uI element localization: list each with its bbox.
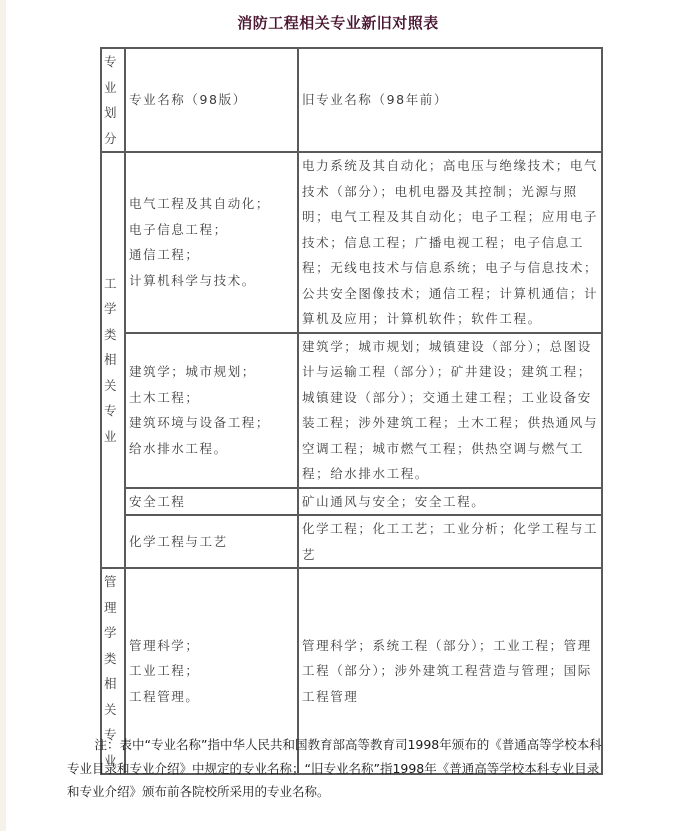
new-majors-cell: 建筑学；城市规划； 土木工程； 建筑环境与设备工程； 给水排水工程。 xyxy=(125,333,298,488)
category-char: 专 xyxy=(104,398,124,424)
header-old-name: 旧专业名称（98年前） xyxy=(298,48,602,152)
new-major: 电子信息工程； xyxy=(129,217,295,243)
table-row-electrical: 工 学 类 相 关 专 业 电气工程及其自动化； 电子信息工程； 通信工程； 计… xyxy=(101,152,602,333)
table-row-chemical: 化学工程与工艺 化学工程；化工工艺；工业分析；化学工程与工艺 xyxy=(101,515,602,568)
category-char: 关 xyxy=(104,697,124,723)
category-char: 学 xyxy=(104,620,124,646)
new-majors-cell: 电气工程及其自动化； 电子信息工程； 通信工程； 计算机科学与技术。 xyxy=(125,152,298,333)
new-major: 计算机科学与技术。 xyxy=(129,268,295,294)
category-engineering-cell: 工 学 类 相 关 专 业 xyxy=(101,152,125,568)
footnote: 注：表中“专业名称”指中华人民共和国教育部高等教育司1998年颁布的《普通高等学… xyxy=(27,733,607,804)
header-new-name: 专业名称（98版） xyxy=(125,48,298,152)
new-major: 工业工程； xyxy=(129,658,295,684)
new-major: 建筑学；城市规划； xyxy=(129,359,295,385)
major-comparison-table: 专 业 划 分 专业名称（98版） 旧专业名称（98年前） 工 学 类 相 关 … xyxy=(100,47,603,775)
new-major: 土木工程； xyxy=(129,385,295,411)
category-char: 类 xyxy=(104,646,124,672)
new-majors-cell: 安全工程 xyxy=(125,488,298,516)
category-char: 业 xyxy=(104,424,124,450)
header-category-char: 划 xyxy=(104,100,124,126)
category-char: 相 xyxy=(104,347,124,373)
page-title: 消防工程相关专业新旧对照表 xyxy=(0,12,676,33)
category-char: 学 xyxy=(104,296,124,322)
old-majors-cell: 化学工程；化工工艺；工业分析；化学工程与工艺 xyxy=(298,515,602,568)
category-char: 理 xyxy=(104,595,124,621)
header-category-char: 专 xyxy=(104,49,124,75)
new-major: 安全工程 xyxy=(129,489,295,515)
header-category-char: 分 xyxy=(104,126,124,152)
category-char: 管 xyxy=(104,569,124,595)
new-major: 给水排水工程。 xyxy=(129,436,295,462)
header-category-char: 业 xyxy=(104,75,124,101)
page-left-margin xyxy=(0,0,6,831)
category-char: 工 xyxy=(104,271,124,297)
old-majors-cell: 建筑学；城市规划；城镇建设（部分）；总图设计与运输工程（部分）；矿井建设；建筑工… xyxy=(298,333,602,488)
old-majors-cell: 矿山通风与安全；安全工程。 xyxy=(298,488,602,516)
new-major: 化学工程与工艺 xyxy=(129,529,295,555)
new-major: 建筑环境与设备工程； xyxy=(129,410,295,436)
table-header-row: 专 业 划 分 专业名称（98版） 旧专业名称（98年前） xyxy=(101,48,602,152)
category-char: 关 xyxy=(104,373,124,399)
table-row-safety: 安全工程 矿山通风与安全；安全工程。 xyxy=(101,488,602,516)
new-major: 通信工程； xyxy=(129,242,295,268)
category-char: 类 xyxy=(104,322,124,348)
header-category-cell: 专 业 划 分 xyxy=(101,48,125,152)
new-major: 管理科学； xyxy=(129,633,295,659)
new-major: 电气工程及其自动化； xyxy=(129,191,295,217)
old-majors-cell: 电力系统及其自动化；高电压与绝缘技术；电气技术（部分）；电机电器及其控制；光源与… xyxy=(298,152,602,333)
new-major: 工程管理。 xyxy=(129,684,295,710)
new-majors-cell: 化学工程与工艺 xyxy=(125,515,298,568)
table-row-construction: 建筑学；城市规划； 土木工程； 建筑环境与设备工程； 给水排水工程。 建筑学；城… xyxy=(101,333,602,488)
category-char: 相 xyxy=(104,671,124,697)
